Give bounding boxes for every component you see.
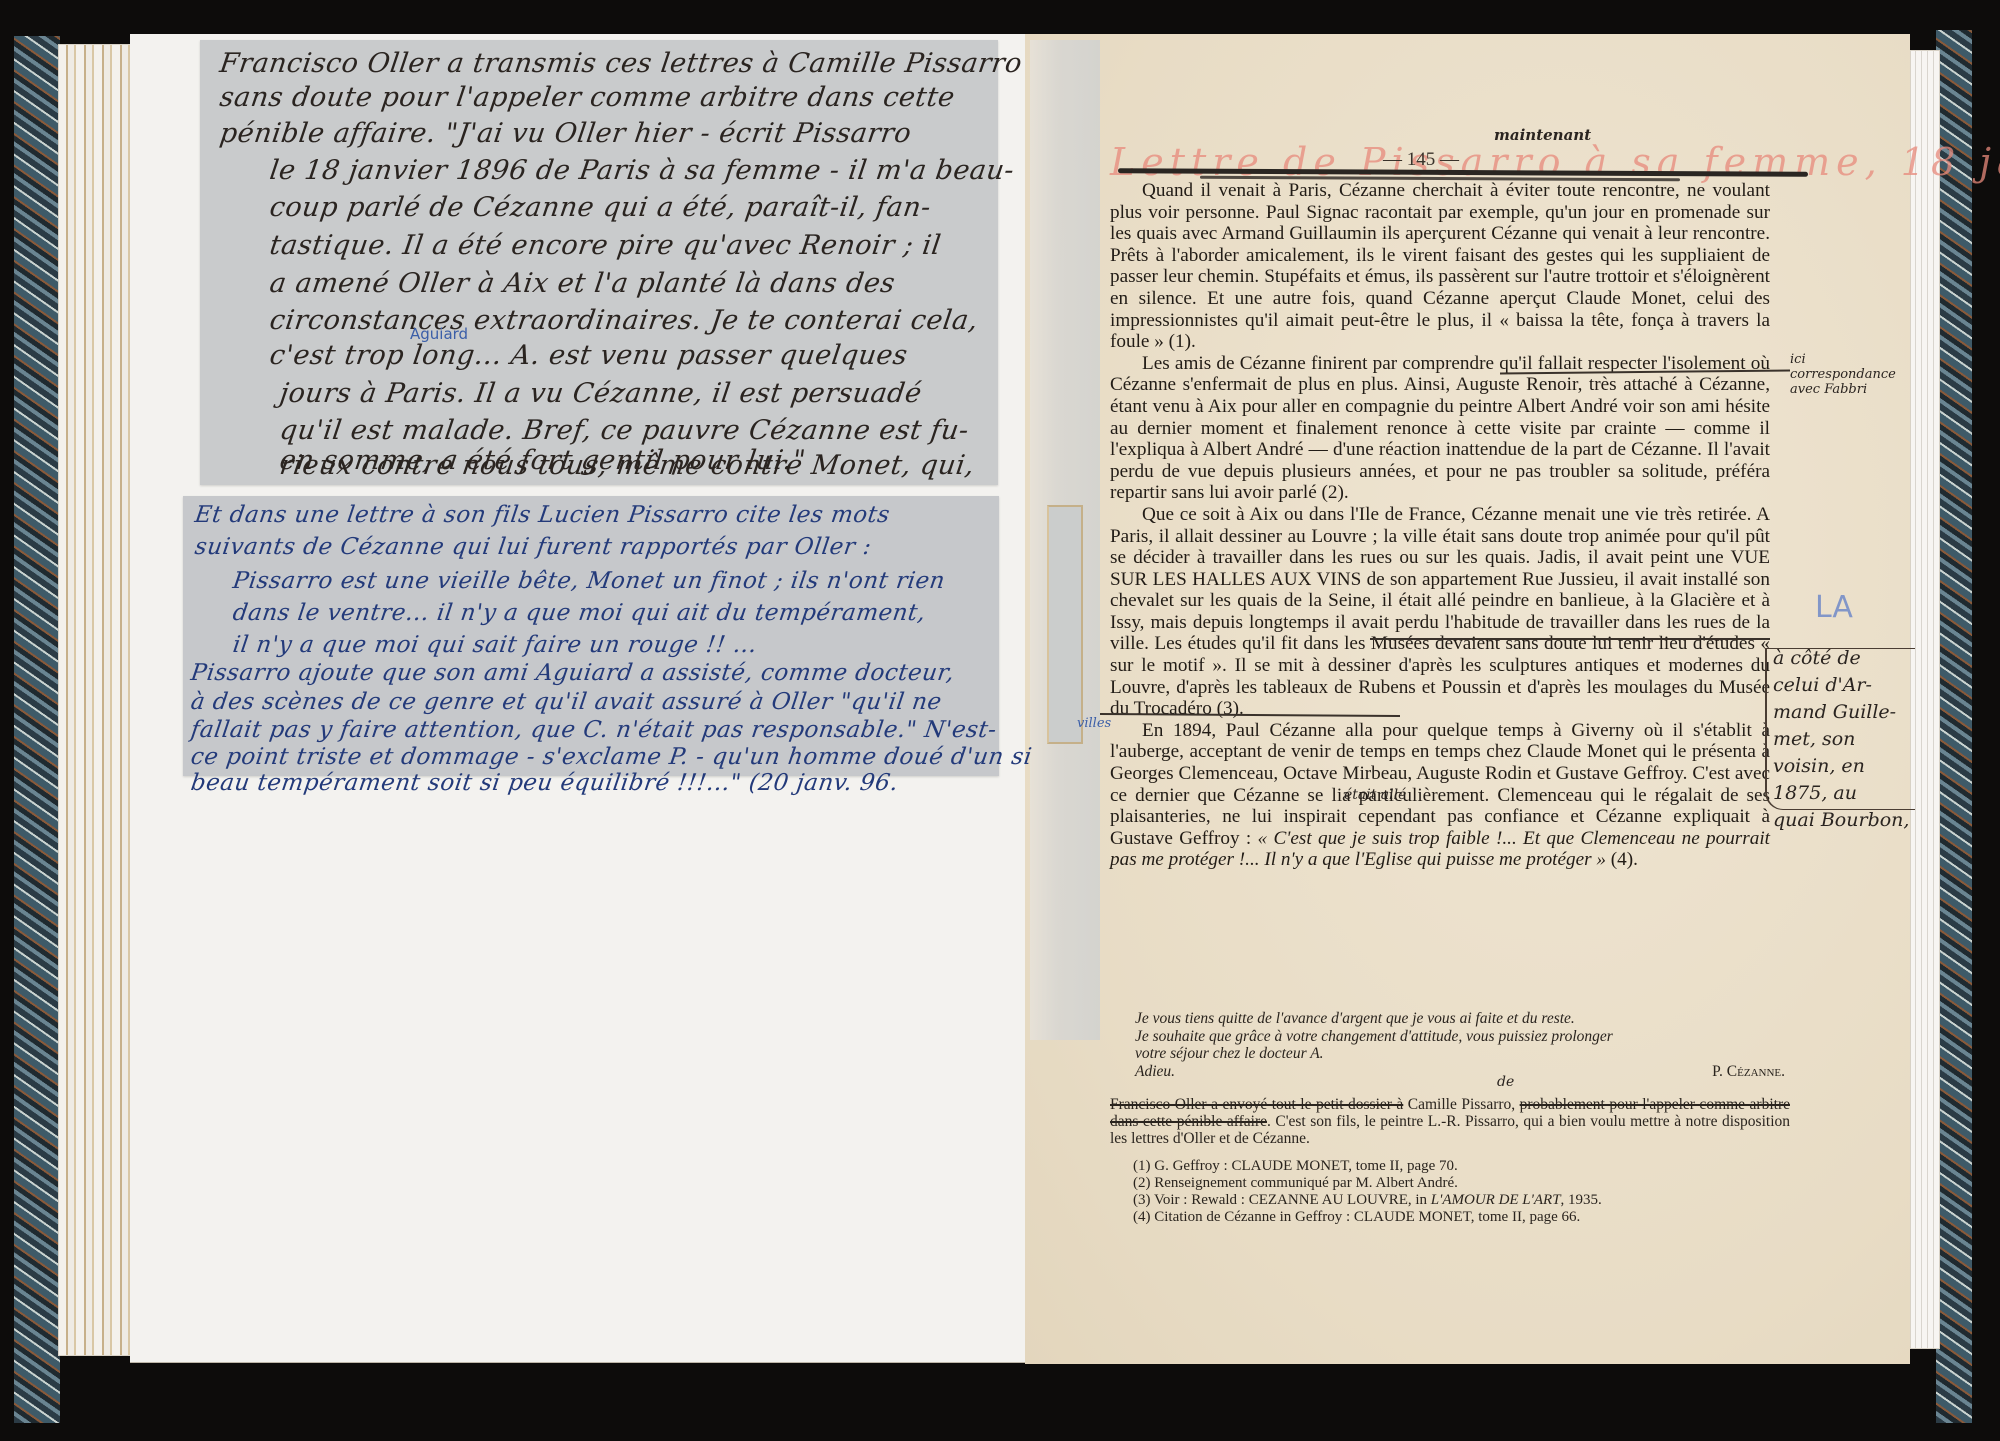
note-line: qu'il est malade. Bref, ce pauvre Cézann… [278,415,971,446]
letter-line: votre séjour chez le docteur A. [1135,1045,1785,1063]
note-line: Francisco Oller a transmis ces lettres à… [218,48,1024,79]
note-line: tastique. Il a été encore pire qu'avec R… [268,230,943,261]
paragraph: Quand il venait à Paris, Cézanne chercha… [1110,180,1770,353]
margin-note-la: LA [1815,590,1853,625]
margin-note-line: voisin, en [1773,753,1909,780]
note-line: ce point triste et dommage - s'exclame P… [189,744,1033,770]
footnote: (1) G. Geffroy : CLAUDE MONET, tome II, … [1133,1158,1793,1175]
letter-line: Adieu. [1135,1063,1175,1080]
pasted-paper-strip [1047,505,1083,744]
editorial-note: Francisco Oller a envoyé tout le petit d… [1110,1096,1790,1147]
note-line: fallait pas y faire attention, que C. n'… [189,717,998,743]
margin-note-line: à côté de [1773,645,1909,672]
note-line: a amené Oller à Aix et l'a planté là dan… [268,268,897,299]
annotation-maintenant: maintenant [1494,126,1591,144]
note-line: jours à Paris. Il a vu Cézanne, il est p… [278,378,924,409]
page-number: — 145 — [1383,149,1459,171]
printed-body-text: Quand il venait à Paris, Cézanne chercha… [1110,180,1770,871]
handwritten-note-blue: Et dans une lettre à son fils Lucien Pis… [183,496,999,776]
paragraph: Que ce soit à Aix ou dans l'Ile de Franc… [1110,504,1770,720]
note-line: coup parlé de Cézanne qui a été, paraît-… [268,192,933,223]
note-line: en somme, a été fort gentil pour lui." [278,445,808,476]
letter-line: Je vous tiens quitte de l'avance d'argen… [1135,1010,1785,1028]
margin-note-line: 1875, au [1773,780,1909,807]
footnote: (2) Renseignement communiqué par M. Albe… [1133,1175,1793,1192]
note-line: Et dans une lettre à son fils Lucien Pis… [193,502,891,528]
margin-note-line: mand Guille- [1773,699,1909,726]
note-line: dans le ventre... il n'y a que moi qui a… [231,600,927,626]
footnote: (3) Voir : Rewald : CEZANNE AU LOUVRE, i… [1133,1192,1793,1209]
note-line: à des scènes de ce genre et qu'il avait … [189,689,943,715]
marbled-cover-left [14,36,60,1423]
struck-text: Francisco Oller a envoyé tout le petit d… [1110,1096,1403,1113]
margin-note-line: celui d'Ar- [1773,672,1909,699]
page-edges-left [58,44,138,1356]
footnote: (4) Citation de Cézanne in Geffroy : CLA… [1133,1209,1793,1226]
footnote-ref: (4). [1606,849,1638,870]
note-line: pénible affaire. "J'ai vu Oller hier - é… [218,118,914,149]
blue-insertion-aguiard: Aguiard [410,325,468,343]
note-line: sans doute pour l'appeler comme arbitre … [218,82,957,113]
paragraph: En 1894, Paul Cézanne alla pour quelque … [1110,720,1770,871]
paragraph: Les amis de Cézanne finirent par compren… [1110,353,1770,504]
note-line: beau tempérament soit si peu équilibré !… [189,770,900,796]
letter-line: Je souhaite que grâce à votre changement… [1135,1028,1785,1046]
note-line: le 18 janvier 1896 de Paris à sa femme -… [268,155,1016,186]
note-line: Pissarro ajoute que son ami Aguiard a as… [189,660,956,686]
note-line: c'est trop long... A. est venu passer qu… [268,340,910,371]
margin-note-line: met, son [1773,726,1909,753]
margin-note-correspondance: ici correspondance avec Fabbri [1790,352,1896,397]
margin-note-line: quai Bourbon, [1773,807,1909,834]
note-text: Camille Pissarro, [1403,1096,1519,1113]
annotation-villes: villes [1077,716,1111,731]
margin-note-cote: à côté de celui d'Ar- mand Guille- met, … [1773,645,1909,834]
signature: P. Cézanne. [1712,1063,1785,1081]
note-line: il n'y a que moi qui sait faire un rouge… [231,632,759,658]
footnotes: (1) G. Geffroy : CLAUDE MONET, tome II, … [1133,1158,1793,1226]
note-line: suivants de Cézanne qui lui furent rappo… [193,534,873,560]
note-line: circonstances extraordinaires. Je te con… [268,305,980,336]
annotation-etait-alle: était allé [1344,787,1406,803]
handwritten-note-black: Francisco Oller a transmis ces lettres à… [200,40,998,485]
annotation-de: de [1497,1074,1514,1090]
marbled-cover-right [1936,30,1972,1423]
ink-underline [1370,638,1770,640]
note-line: Pissarro est une vieille bête, Monet un … [231,568,947,594]
cezanne-letter-excerpt: Je vous tiens quitte de l'avance d'argen… [1135,1010,1785,1080]
